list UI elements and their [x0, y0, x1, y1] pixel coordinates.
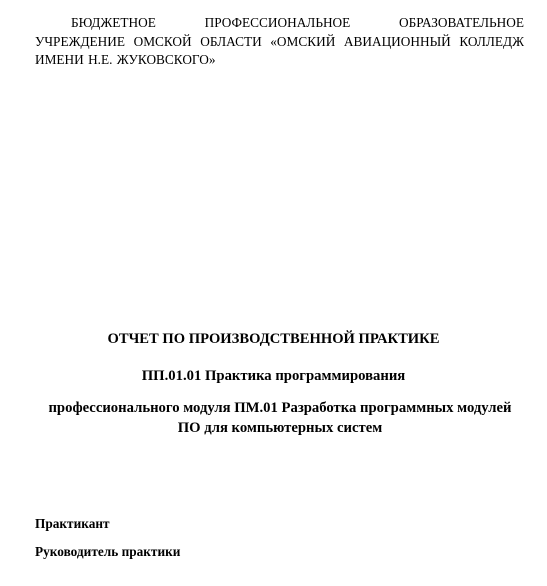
module-line-1: профессионального модуля ПМ.01 Разработк…: [30, 399, 530, 419]
document-page: БЮДЖЕТНОЕ ПРОФЕССИОНАЛЬНОЕ ОБРАЗОВАТЕЛЬН…: [0, 0, 547, 586]
trainee-label: Практикант: [35, 516, 110, 532]
practice-name: ПП.01.01 Практика программирования: [0, 368, 547, 385]
module-description: профессионального модуля ПМ.01 Разработк…: [30, 399, 530, 438]
institution-header: БЮДЖЕТНОЕ ПРОФЕССИОНАЛЬНОЕ ОБРАЗОВАТЕЛЬН…: [35, 14, 524, 70]
module-line-2: ПО для компьютерных систем: [30, 419, 530, 439]
supervisor-label: Руководитель практики: [35, 544, 180, 560]
report-title: ОТЧЕТ ПО ПРОИЗВОДСТВЕННОЙ ПРАКТИКЕ: [0, 331, 547, 348]
